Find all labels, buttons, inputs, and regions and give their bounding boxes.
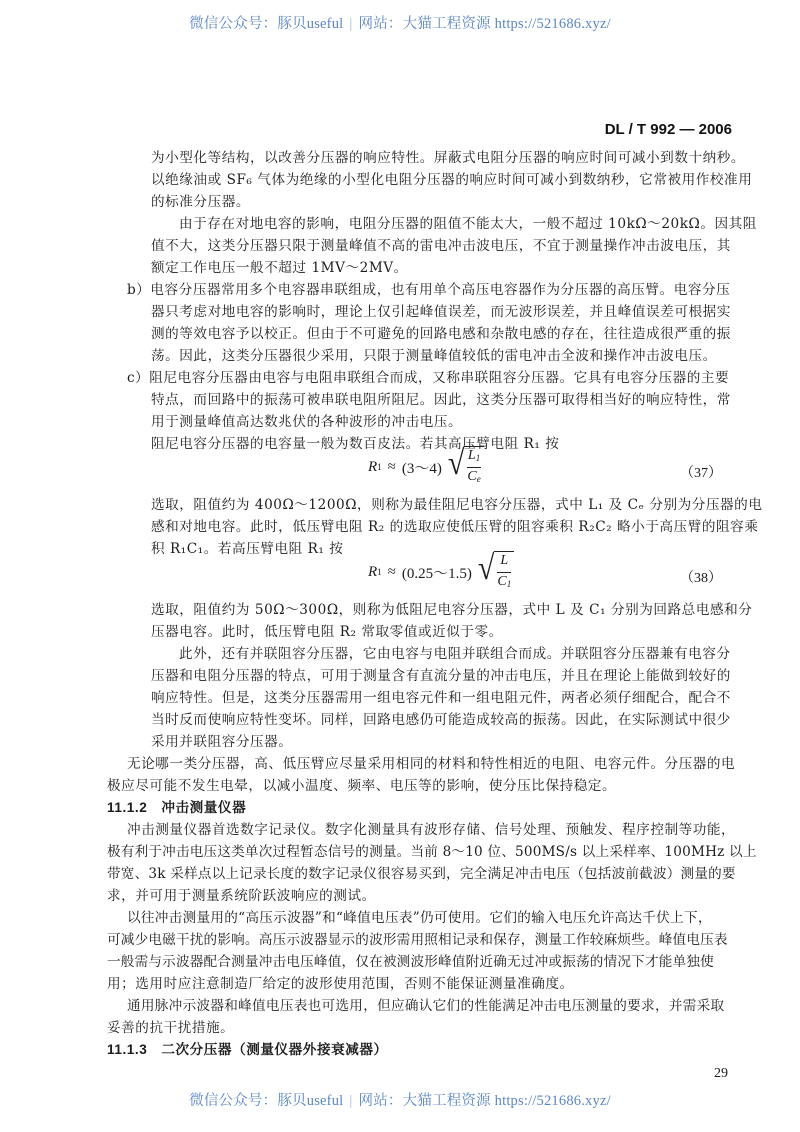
text-line: 无论哪一类分压器，高、低压臂应尽量采用相同的材料和特性相近的电阻、电容元件。分压… <box>127 754 735 774</box>
text-line: 响应特性。但是，这类分压器需用一组电容元件和一组电阻元件，两者必须仔细配合，配合… <box>151 688 731 708</box>
text-line: 阻尼电容分压器的电容量一般为数百皮法。若其高压臂电阻 R₁ 按 <box>151 434 559 454</box>
text-line: 妥善的抗干扰措施。 <box>107 1018 234 1038</box>
text-line: 选取，阻值约为 50Ω～300Ω，则称为低阻尼电容分压器，式中 L 及 C₁ 分… <box>151 600 752 620</box>
watermark-top: 微信公众号：豚贝useful|网站：大猫工程资源 https://521686.… <box>0 12 800 33</box>
formula-37: R1 ≈ (3～4) √ L1 Ce <box>368 446 484 488</box>
text-line: 选取，阻值约为 400Ω～1200Ω，则称为最佳阻尼电容分压器，式中 L₁ 及 … <box>151 495 762 515</box>
list-item-c: c）阻尼电容分压器由电容与电阻串联组合而成，又称串联阻容分压器。它具有电容分压器… <box>127 368 729 388</box>
text-line: 用于测量峰值高达数兆伏的各种波形的冲击电压。 <box>151 412 462 432</box>
text-line: 以往冲击测量用的“高压示波器”和“峰值电压表”仍可使用。它们的输入电压允许高达千… <box>127 908 712 928</box>
text-line: 器只考虑对地电容的影响时，理论上仅引起峰值误差，而无波形误差，并且峰值误差可根据… <box>151 302 731 322</box>
text-line: 采用并联阻容分压器。 <box>151 732 292 752</box>
watermark-site: 网站：大猫工程资源 https://521686.xyz/ <box>359 1093 611 1109</box>
standard-code: DL / T 992 — 2006 <box>605 121 732 138</box>
text-line: 由于存在对地电容的影响，电阻分压器的阻值不能太大，一般不超过 10kΩ～20kΩ… <box>179 214 757 234</box>
watermark-separator: | <box>349 1093 352 1109</box>
equation-number-38: （38） <box>680 567 722 587</box>
text-line: 以绝缘油或 SF₆ 气体为绝缘的小型化电阻分压器的响应时间可减小到数纳秒，它常被… <box>151 170 752 190</box>
text-line: 此外，还有并联阻容分压器，它由电容与电阻并联组合而成。并联阻容分压器兼有电容分 <box>179 644 731 664</box>
section-heading-11-1-2: 11.1.2冲击测量仪器 <box>107 798 246 818</box>
sqrt-symbol: √ L C1 <box>478 551 514 593</box>
text-line: 极应尽可能不发生电晕，以减小温度、频率、电压等的影响，使分压比保持稳定。 <box>107 776 616 796</box>
watermark-wechat: 微信公众号：豚贝useful <box>189 1093 343 1109</box>
text-line: 积 R₁C₁。若高压臂电阻 R₁ 按 <box>151 539 343 559</box>
text-line: 极有利于冲击电压这类单次过程暂态信号的测量。当前 8～10 位、500MS/s … <box>107 842 757 862</box>
text-line: 为小型化等结构，以改善分压器的响应特性。屏蔽式电阻分压器的响应时间可减小到数十纳… <box>151 148 745 168</box>
text-line: 测的等效电容予以校正。但由于不可避免的回路电感和杂散电感的存在，往往造成很严重的… <box>151 324 731 344</box>
section-heading-11-1-3: 11.1.3二次分压器（测量仪器外接衰减器） <box>107 1040 388 1060</box>
text-line: 压器电容。此时，低压臂电阻 R₂ 常取零值或近似于零。 <box>151 622 503 642</box>
sqrt-symbol: √ L1 Ce <box>448 446 484 488</box>
text-line: 冲击测量仪器首选数字记录仪。数字化测量具有波形存储、信号处理、预触发、程序控制等… <box>127 820 735 840</box>
watermark-separator: | <box>349 16 352 32</box>
page-number: 29 <box>714 1066 728 1082</box>
text-line: 用；选用时应注意制造厂给定的波形使用范围，否则不能保证测量准确度。 <box>107 974 574 994</box>
equation-number-37: （37） <box>680 462 722 482</box>
watermark-bottom: 微信公众号：豚贝useful|网站：大猫工程资源 https://521686.… <box>0 1089 800 1110</box>
text-line: 特点，而回路中的振荡可被串联电阻所阻尼。因此，这类分压器可取得相当好的响应特性，… <box>151 390 731 410</box>
text-line: 的标准分压器。 <box>151 192 250 212</box>
text-line: 带宽、3k 采样点以上记录长度的数字记录仪很容易买到，完全满足冲击电压（包括波前… <box>107 864 736 884</box>
text-line: 感和对地电容。此时，低压臂电阻 R₂ 的选取应使低压臂的阻容乘积 R₂C₂ 略小… <box>151 517 758 537</box>
text-line: 可减少电磁干扰的影响。高压示波器显示的波形需用照相记录和保存，测量工作较麻烦些。… <box>107 930 728 950</box>
list-item-b: b）电容分压器常用多个电容器串联组成，也有用单个高压电容器作为分压器的高压臂。电… <box>127 280 730 300</box>
watermark-site: 网站：大猫工程资源 https://521686.xyz/ <box>359 16 611 32</box>
text-line: 荡。因此，这类分压器很少采用，只限于测量峰值较低的雷电冲击全波和操作冲击波电压。 <box>151 346 717 366</box>
text-line: 额定工作电压一般不超过 1MV～2MV。 <box>151 258 408 278</box>
text-line: 值不大，这类分压器只限于测量峰值不高的雷电冲击波电压，不宜于测量操作冲击波电压，… <box>151 236 731 256</box>
text-line: 压器和电阻分压器的特点，可用于测量含有直流分量的冲击电压，并且在理论上能做到较好… <box>151 666 731 686</box>
watermark-wechat: 微信公众号：豚贝useful <box>189 16 343 32</box>
text-line: 通用脉冲示波器和峰值电压表也可选用，但应确认它们的性能满足冲击电压测量的要求，并… <box>127 996 724 1016</box>
text-line: 一般需与示波器配合测量冲击电压峰值，仅在被测波形峰值附近确无过冲或振荡的情况下才… <box>107 952 714 972</box>
text-line: 当时反而使响应特性变坏。同样，回路电感仍可能造成较高的振荡。因此，在实际测试中很… <box>151 710 731 730</box>
text-line: 求，并可用于测量系统阶跃波响应的测试。 <box>107 886 376 906</box>
formula-38: R1 ≈ (0.25～1.5) √ L C1 <box>368 551 514 593</box>
